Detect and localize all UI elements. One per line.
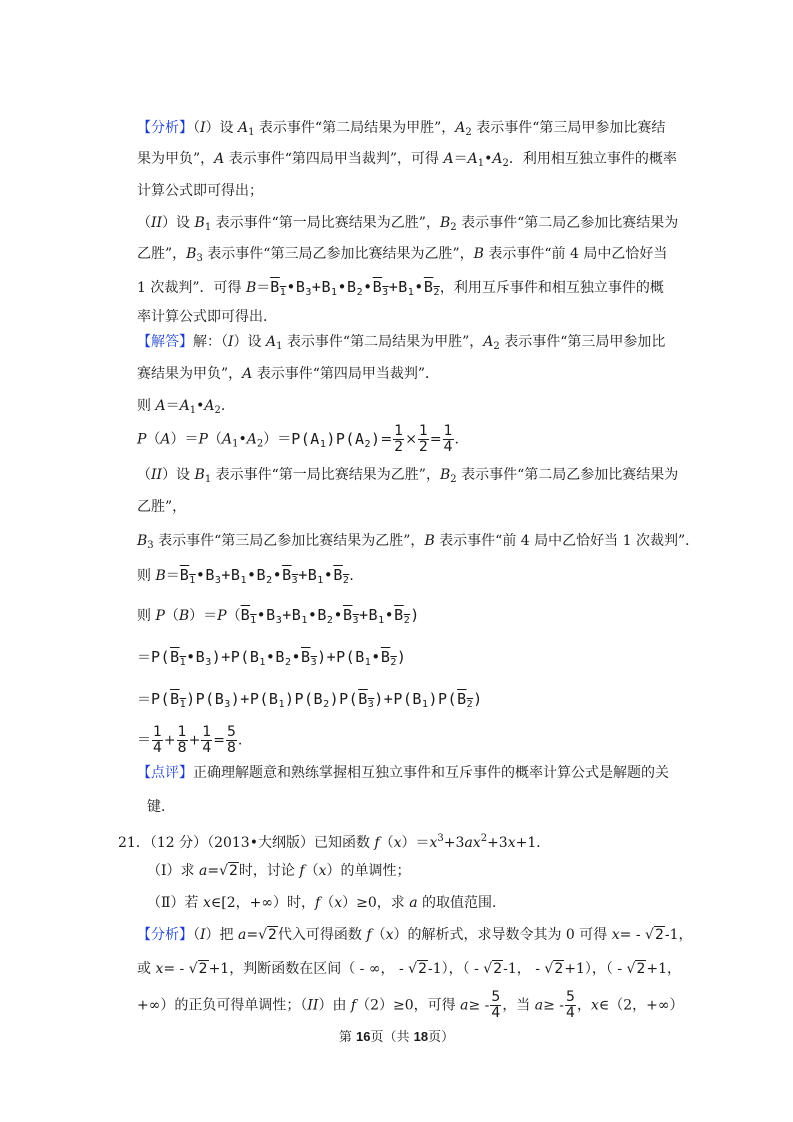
analysis-line-2: 果为甲负”，A 表示事件“第四局甲当裁判”，可得 A＝A1•A2．利用相互独立事…	[137, 149, 677, 174]
analysis-line-4: （II）设 B1 表示事件“第一局比赛结果为乙胜”，B2 表示事件“第二局乙参加…	[137, 213, 678, 238]
answer-label: 【解答】	[137, 334, 193, 350]
answer-line-12: ＝14+18+14=58.	[137, 725, 242, 756]
total-pages: 18	[414, 1029, 428, 1044]
answer-line-6: 乙胜”，	[137, 497, 186, 517]
analysis-line-1: 【分析】（I）设 A1 表示事件“第二局结果为甲胜”，A2 表示事件“第三局甲参…	[137, 118, 665, 143]
answer-line-2: 赛结果为甲负”，A 表示事件“第四局甲当裁判”．	[137, 364, 439, 384]
analysis-line-3: 计算公式即可得出；	[137, 181, 263, 201]
analysis-label: 【分析】	[137, 120, 193, 136]
analysis-line-6: 1 次裁判”．可得 B＝B1•B3+B1•B2•B3+B1•B2，利用互斥事件和…	[137, 277, 664, 303]
p21-analysis-line-2: 或 x= - √2+1，判断函数在区间（ - ∞， - √2-1），（ - √2…	[137, 959, 681, 979]
comment-label: 【点评】	[137, 765, 193, 781]
fraction: 12	[393, 424, 404, 455]
answer-line-3: 则 A＝A1•A2．	[137, 396, 235, 421]
comment-line-1: 【点评】正确理解题意和熟练掌握相互独立事件和互斥事件的概率计算公式是解题的关	[137, 763, 669, 783]
current-page: 16	[356, 1029, 370, 1044]
analysis-label-21: 【分析】	[137, 927, 193, 943]
comment-line-2: 键．	[147, 797, 175, 817]
answer-line-5: （II）设 B1 表示事件“第一局比赛结果为乙胜”，B2 表示事件“第二局乙参加…	[137, 465, 678, 490]
answer-line-8: 则 B＝B1•B3+B1•B2•B3+B1•B2．	[137, 565, 363, 591]
answer-line-10: ＝P(B1•B3)+P(B1•B2•B3)+P(B1•B2)	[137, 647, 406, 673]
answer-line-9: 则 P（B）＝P（B1•B3+B1•B2•B3+B1•B2)	[137, 605, 420, 631]
analysis-line-5: 乙胜”，B3 表示事件“第三局乙参加比赛结果为乙胜”，B 表示事件“前 4 局中…	[137, 244, 667, 269]
problem-21-part1: （Ⅰ）求 a=√2时，讨论 f（x）的单调性；	[147, 861, 410, 881]
answer-line-7: B3 表示事件“第三局乙参加比赛结果为乙胜”，B 表示事件“前 4 局中乙恰好当…	[137, 531, 699, 556]
problem-21-header: 21．（12 分）（2013•大纲版）已知函数 f（x）＝x3+3ax2+3x+…	[118, 829, 550, 853]
answer-line-11: ＝P(B1)P(B3)+P(B1)P(B2)P(B3)+P(B1)P(B2)	[137, 689, 483, 715]
problem-21-part2: （Ⅱ）若 x∈[2，+∞）时，f（x）≥0，求 a 的取值范围．	[147, 893, 506, 913]
page-footer: 第 16页（共 18页）	[0, 1026, 793, 1045]
answer-line-4: P（A）＝P（A1•A2）＝P(A1)P(A2)=12×12=14.	[137, 424, 459, 455]
p21-analysis-line-3: +∞）的正负可得单调性；（II）由 f（2）≥0，可得 a≥ -54，当 a≥ …	[137, 990, 684, 1021]
analysis-line-7: 率计算公式即可得出．	[137, 307, 277, 327]
p21-analysis-line-1: 【分析】（I）把 a=√2代入可得函数 f（x）的解析式，求导数令其为 0 可得…	[137, 925, 693, 945]
answer-line-1: 【解答】解：（I）设 A1 表示事件“第二局结果为甲胜”，A2 表示事件“第三局…	[137, 332, 665, 357]
